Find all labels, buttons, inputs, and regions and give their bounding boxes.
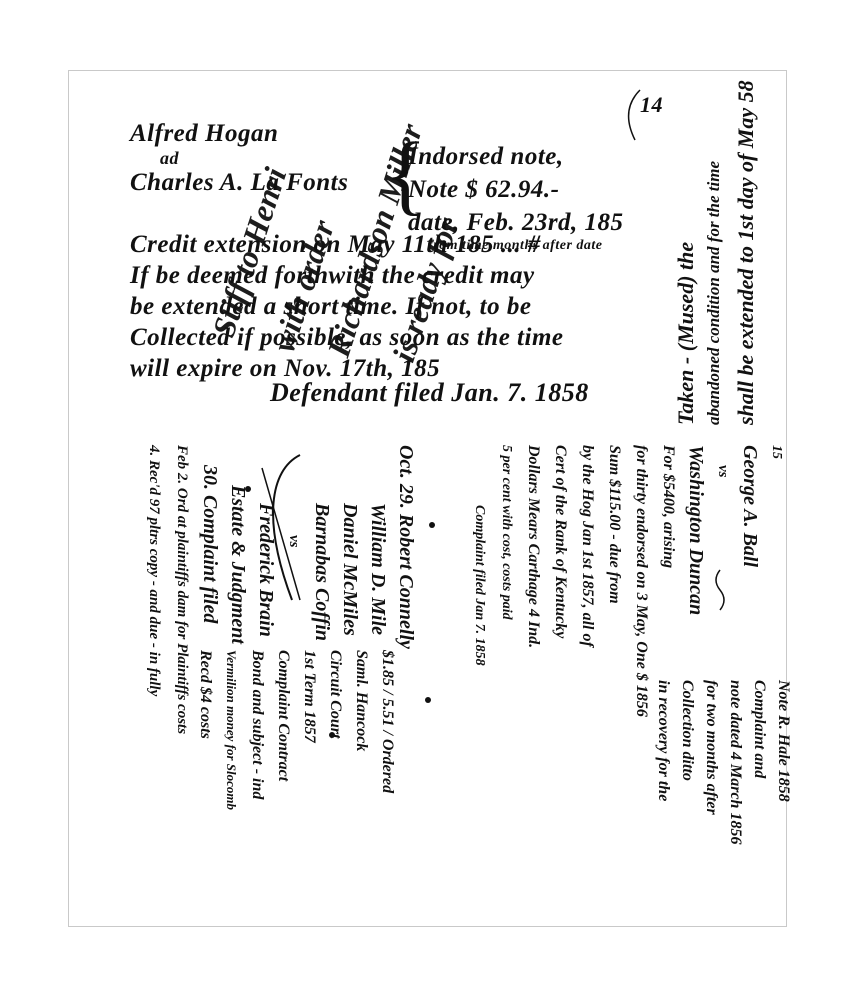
ink-flourishes — [0, 0, 858, 1000]
